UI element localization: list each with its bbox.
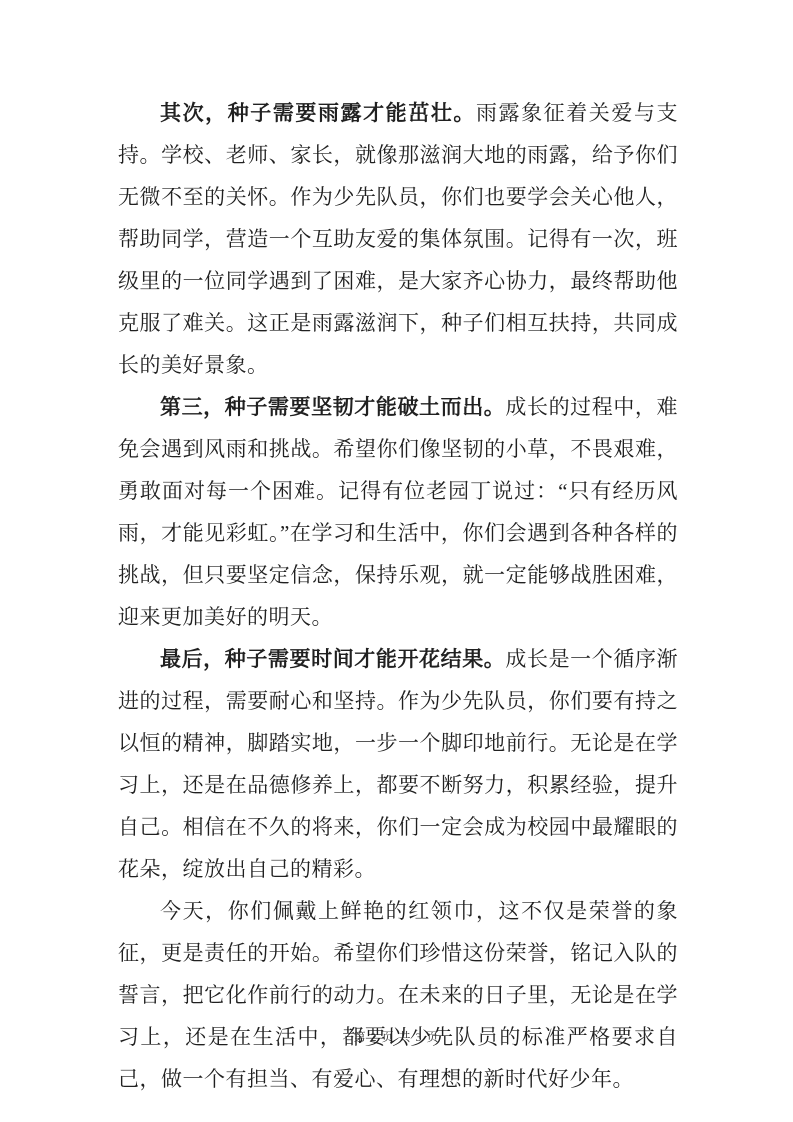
paragraph-lead-bold: 第三，种子需要坚韧才能破土而出。: [160, 395, 505, 419]
paragraph-text: 雨露象征着关爱与支持。学校、老师、家长，就像那滋润大地的雨露，给予你们无微不至的…: [118, 101, 678, 377]
document-body: 其次，种子需要雨露才能茁壮。雨露象征着关爱与支持。学校、老师、家长，就像那滋润大…: [118, 92, 678, 1100]
paragraph-lead-bold: 其次，种子需要雨露才能茁壮。: [160, 101, 476, 125]
document-page: 其次，种子需要雨露才能茁壮。雨露象征着关爱与支持。学校、老师、家长，就像那滋润大…: [0, 0, 793, 1122]
page-number-label: 第 2 页 共 3 页: [353, 1030, 439, 1044]
paragraph-lead-bold: 最后，种子需要时间才能开花结果。: [160, 647, 505, 671]
paragraph: 最后，种子需要时间才能开花结果。成长是一个循序渐进的过程，需要耐心和坚持。作为少…: [118, 638, 678, 890]
paragraph: 第三，种子需要坚韧才能破土而出。成长的过程中，难免会遇到风雨和挑战。希望你们像坚…: [118, 386, 678, 638]
paragraph: 其次，种子需要雨露才能茁壮。雨露象征着关爱与支持。学校、老师、家长，就像那滋润大…: [118, 92, 678, 386]
paragraph: 今天，你们佩戴上鲜艳的红领巾，这不仅是荣誉的象征，更是责任的开始。希望你们珍惜这…: [118, 890, 678, 1100]
paragraph-text: 今天，你们佩戴上鲜艳的红领巾，这不仅是荣誉的象征，更是责任的开始。希望你们珍惜这…: [118, 899, 678, 1091]
paragraph-text: 成长的过程中，难免会遇到风雨和挑战。希望你们像坚韧的小草，不畏艰难，勇敢面对每一…: [118, 395, 678, 629]
page-footer: 第 2 页 共 3 页: [0, 1028, 793, 1045]
paragraph-text: 成长是一个循序渐进的过程，需要耐心和坚持。作为少先队员，你们要有持之以恒的精神，…: [118, 647, 678, 881]
